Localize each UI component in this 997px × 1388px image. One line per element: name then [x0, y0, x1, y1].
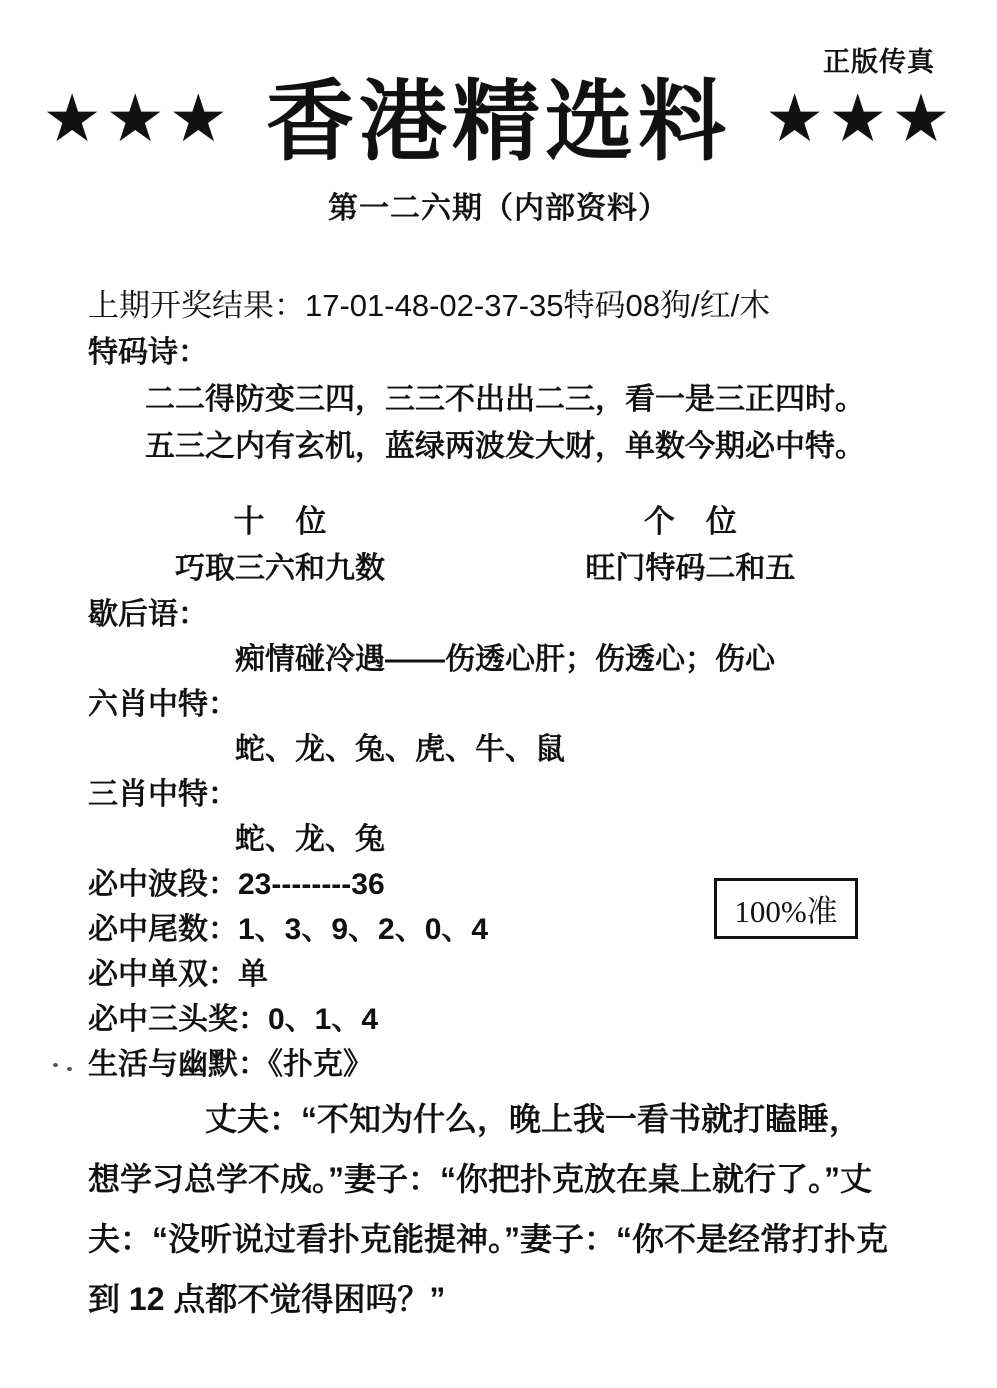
title-row: ★★★ 香港精选料 ★★★	[0, 0, 997, 182]
story-line-1: 丈夫：“不知为什么，晚上我一看书就打瞌睡，	[88, 1089, 961, 1149]
tens-column: 十 位 巧取三六和九数	[88, 498, 472, 592]
poem-line-2: 五三之内有玄机，蓝绿两波发大财，单数今期必中特。	[88, 423, 961, 470]
scan-artifact-dot	[53, 1063, 58, 1067]
xiehouyu-text: 痴情碰冷遇——伤透心肝；伤透心；伤心	[88, 637, 961, 682]
fax-page: 正版传真 ★★★ 香港精选料 ★★★ 第一二六期（内部资料） 上期开奖结果：17…	[0, 0, 997, 1388]
digit-columns: 十 位 巧取三六和九数 个 位 旺门特码二和五	[88, 498, 961, 592]
tens-header: 十 位	[88, 498, 472, 545]
corner-label: 正版传真	[823, 40, 935, 79]
tens-tip: 巧取三六和九数	[88, 545, 472, 592]
poem-line-1: 二二得防变三四，三三不出出二三，看一是三正四时。	[88, 376, 961, 423]
last-draw-result: 上期开奖结果：17-01-48-02-37-35特码08狗/红/木	[88, 282, 961, 329]
units-tip: 旺门特码二和五	[472, 545, 909, 592]
stars-left-icon: ★★★	[42, 85, 232, 151]
scan-artifact-dot	[67, 1067, 72, 1071]
six-zodiac-label: 六肖中特：	[88, 682, 961, 727]
poem-label: 特码诗：	[88, 329, 961, 376]
document-body: 上期开奖结果：17-01-48-02-37-35特码08狗/红/木 特码诗： 二…	[0, 282, 997, 1329]
humor-story: 丈夫：“不知为什么，晚上我一看书就打瞌睡， 想学习总学不成。”妻子：“你把扑克放…	[88, 1089, 961, 1329]
units-column: 个 位 旺门特码二和五	[472, 498, 909, 592]
xiehouyu-label: 歇后语：	[88, 592, 961, 637]
accuracy-stamp: 100%准	[714, 878, 858, 939]
story-line-3: 夫：“没听说过看扑克能提神。”妻子：“你不是经常打扑克	[88, 1209, 961, 1269]
humor-title: 生活与幽默：《扑克》	[88, 1042, 961, 1087]
six-zodiac-value: 蛇、龙、兔、虎、牛、鼠	[88, 727, 961, 772]
page-title: 香港精选料	[266, 78, 731, 166]
three-zodiac-label: 三肖中特：	[88, 772, 961, 817]
tips-block: 歇后语： 痴情碰冷遇——伤透心肝；伤透心；伤心 六肖中特： 蛇、龙、兔、虎、牛、…	[88, 592, 961, 1087]
head-numbers-pick: 必中三头奖：0、1、4	[88, 997, 961, 1042]
story-line-2: 想学习总学不成。”妻子：“你把扑克放在桌上就行了。”丈	[88, 1149, 961, 1209]
three-zodiac-value: 蛇、龙、兔	[88, 817, 961, 862]
story-line-4: 到 12 点都不觉得困吗？”	[88, 1269, 961, 1329]
odd-even-pick: 必中单双：单	[88, 952, 961, 997]
issue-subtitle: 第一二六期（内部资料）	[0, 192, 997, 226]
units-header: 个 位	[472, 498, 909, 545]
stars-right-icon: ★★★	[765, 85, 955, 151]
accuracy-stamp-text: 100%准	[734, 886, 837, 931]
